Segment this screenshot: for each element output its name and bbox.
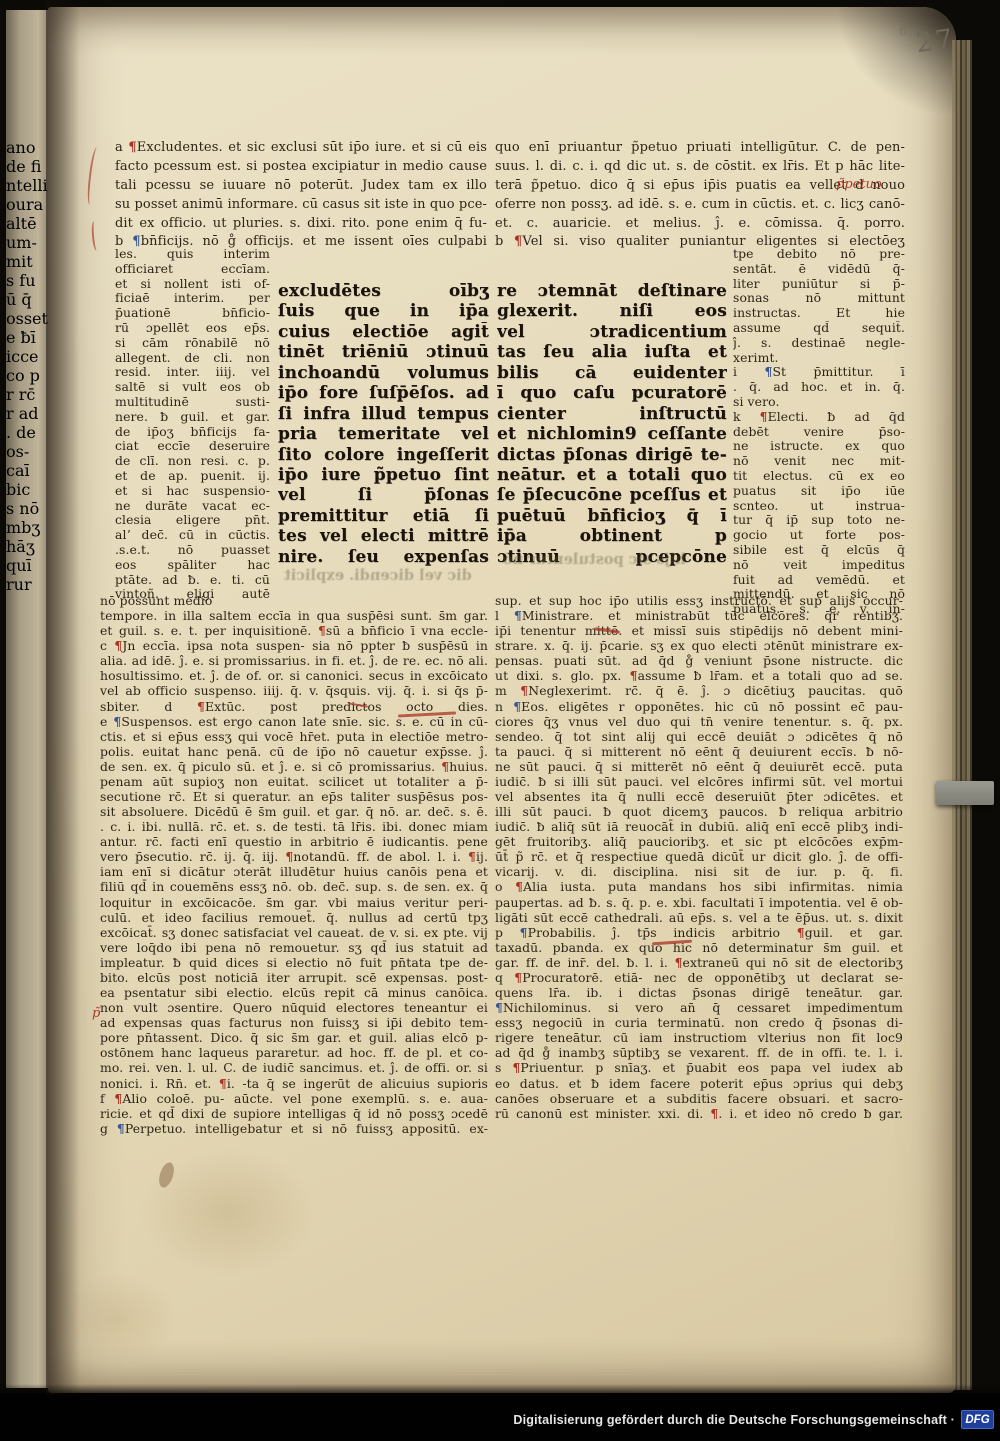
stain — [138, 1147, 318, 1277]
col1-textus-block: excludētes oībʒ bn̄ficijſſuis que in ip̄… — [278, 281, 489, 567]
manuscript-scan-photo: anode fintelliouraaltēum-mits fuū q̄osse… — [0, 0, 1000, 1441]
rubric-flourish — [85, 147, 101, 206]
stain — [58, 1272, 178, 1367]
previous-page-edge: anode fintelliouraaltēum-mits fuū q̄osse… — [6, 10, 52, 1388]
col2-bleedthrough-text: hijs sic postulentur nō — [503, 551, 686, 568]
rubric-flourish — [91, 221, 101, 251]
page-corner-shade — [836, 7, 956, 117]
page-number-handwritten: 27 — [914, 24, 956, 59]
col1-bleedthrough-text: dic vel dicendi. explicit — [284, 567, 472, 584]
dfg-logo: DFG — [961, 1410, 994, 1429]
col2-marginal-gloss: tpe debito nō pre-sentāt. ē vidēdū q̄-li… — [733, 247, 905, 617]
col1-marginal-gloss: les. quis interimofficiaret eccīam.et si… — [115, 247, 270, 602]
page-edge-stack — [952, 40, 972, 1390]
col1-commentary-body: nō possunt mediotempore. in illa saltem … — [100, 593, 488, 1136]
margin-note-red-left: p̃ — [92, 1006, 100, 1021]
parchment-page: a ¶Excludentes. et sic exclusi sūt ip̄o … — [48, 7, 956, 1393]
footer-bar: Digitalisierung gefördert durch die Deut… — [0, 1393, 1000, 1441]
col2-commentary-body: sup. et sup hoc ip̄o utilis essʒ instruc… — [495, 593, 903, 1121]
parchment-flaw — [156, 1161, 176, 1190]
margin-note-red-right: p̃petuo — [836, 177, 882, 192]
bookmark-tab — [936, 781, 994, 805]
col2-textus-block: re ɔtemnāt deſtinare ne-glexerit. niſi e… — [497, 281, 727, 567]
col1-top-paragraph: a ¶Excludentes. et sic exclusi sūt ip̄o … — [115, 139, 487, 252]
col2-top-paragraph: quo enī priuantur p̃petuo priuati intell… — [495, 139, 905, 252]
folio-mark: 6 — [899, 24, 907, 39]
footer-credit-text: Digitalisierung gefördert durch die Deut… — [513, 1413, 955, 1427]
